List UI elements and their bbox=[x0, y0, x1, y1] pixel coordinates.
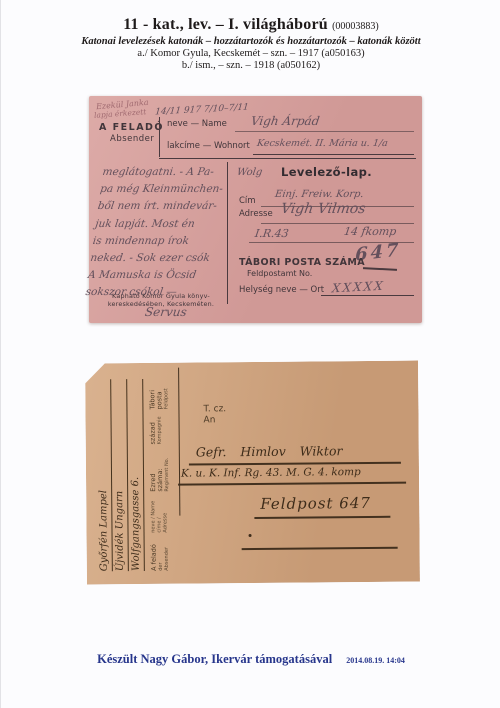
message-line: pa még Kleinmünchen- bbox=[99, 181, 233, 198]
address-field-line bbox=[253, 154, 414, 155]
fieldpost-label-de: Feldpostamt No. bbox=[247, 269, 312, 278]
feldpost-label: Feldpost bbox=[163, 373, 169, 410]
tabori-label: Tábori posta bbox=[149, 373, 163, 410]
card2-divider bbox=[178, 368, 180, 516]
address-field-hand: Kecskemét. II. Mária u. 1/a bbox=[256, 138, 388, 149]
addressee-hand: Vigh Vilmos bbox=[280, 201, 367, 217]
name-field-label: neve — Name bbox=[167, 119, 227, 129]
message-line: is mindennap írok bbox=[92, 233, 226, 250]
rank-hand: Einj. Freiw. Korp. bbox=[274, 189, 364, 200]
neve-cime-group: neve / Name címe / Adresse bbox=[150, 499, 168, 533]
addressee-hand-card2: Gefr. Himlov Wiktor bbox=[196, 443, 343, 459]
page-subtitle: Katonai levelezések katonák – hozzátarto… bbox=[1, 36, 500, 47]
unit-line-card2 bbox=[178, 482, 406, 485]
cim-label: Cím bbox=[239, 196, 256, 206]
imprint-line1: Kapható Komor Gyula könyv- bbox=[99, 292, 223, 300]
page-header: 11 - kat., lev. – I. világháború (000038… bbox=[1, 16, 500, 71]
feldpost-hand-card2: Feldpost 647 bbox=[260, 494, 371, 513]
page-title: 11 - kat., lev. – I. világháború (000038… bbox=[1, 16, 500, 34]
absender-label: der Absender bbox=[158, 540, 170, 571]
title-prefix-hand: Wolg bbox=[236, 167, 263, 178]
sender-box-divider bbox=[159, 117, 160, 157]
message-line: juk lapját. Most én bbox=[94, 216, 228, 233]
header-line-b: b./ ism., – szn. – 1918 (a050162) bbox=[1, 60, 500, 71]
place-hand: XXXXX bbox=[331, 279, 385, 296]
regiment-hand: I.R.43 bbox=[254, 227, 289, 240]
card1-title: Levelező-lap. bbox=[281, 165, 372, 179]
message-line: ből nem írt. mindevár- bbox=[96, 198, 230, 215]
sender-city-hand: Újvidék Ungarn bbox=[111, 379, 129, 571]
sender-label-hu: A FELADÓ bbox=[99, 122, 164, 133]
kompagnie-label: Kompagnie bbox=[157, 416, 163, 444]
ezred-label: Ezred száma: bbox=[150, 451, 164, 491]
tabori-group: Tábori posta Feldpost bbox=[149, 373, 169, 410]
album-page: 11 - kat., lev. – I. világháború (000038… bbox=[0, 0, 500, 708]
postcard-1917: Ezekül Janka lapja érkezett 14/11 917 7/… bbox=[89, 96, 422, 323]
signature-hand: Servus bbox=[144, 305, 188, 319]
rotated-printed-labels: A feladó der Absender neve / Name címe /… bbox=[149, 373, 171, 571]
sender-street-hand: Wolfgangsgasse 6. bbox=[127, 379, 145, 571]
feladó-label: A feladó bbox=[151, 540, 158, 571]
feldpost-line-card2 bbox=[254, 516, 390, 519]
message-line: A Mamuska is Öcsid bbox=[87, 267, 221, 284]
postcard-1918: Győrfén Lampel Újvidék Ungarn Wolfgangsg… bbox=[85, 361, 420, 585]
rotated-sender-block: Győrfén Lampel Újvidék Ungarn Wolfgangsg… bbox=[95, 373, 179, 572]
message-line: neked. - Sok ezer csók bbox=[89, 250, 223, 267]
message-line: meglátogatni. - A Pa- bbox=[101, 164, 235, 181]
ezred-group: Ezred száma: Regiment No. bbox=[150, 451, 170, 491]
header-line-a: a./ Komor Gyula, Kecskemét – szn. – 1917… bbox=[1, 48, 500, 59]
cime-label: címe / Adresse bbox=[156, 499, 168, 533]
address-field-label: lakcíme — Wohnort bbox=[167, 141, 250, 151]
szazad-group: század Kompagnie bbox=[150, 416, 163, 444]
an-label: An bbox=[204, 415, 216, 425]
name-field-hand: Vigh Árpád bbox=[250, 114, 320, 128]
sender-name-hand: Győrfén Lampel bbox=[95, 379, 113, 571]
name-field-line bbox=[235, 131, 414, 132]
ink-dot bbox=[249, 534, 252, 537]
blank-line-card2 bbox=[242, 547, 398, 550]
feladó-label-group: A feladó der Absender bbox=[151, 540, 170, 571]
adresse-label: Adresse bbox=[239, 209, 273, 219]
unit-hand-card2: K. u. K. Inf. Rg. 43. M. G. 4. komp bbox=[181, 466, 361, 480]
sender-bottom-rule bbox=[159, 158, 416, 159]
message-block: meglátogatni. - A Pa- pa még Kleinmünche… bbox=[84, 164, 235, 302]
page-title-text: 11 - kat., lev. – I. világháború bbox=[123, 16, 328, 33]
adresse-line bbox=[261, 223, 414, 224]
page-title-ref: (00003883) bbox=[332, 21, 379, 32]
credit-text: Készült Nagy Gábor, Ikervár támogatásáva… bbox=[97, 652, 332, 666]
date-note-hand: 14/11 917 7/10–7/11 bbox=[155, 103, 250, 118]
place-line bbox=[321, 295, 414, 296]
addressee-line-card2 bbox=[189, 462, 401, 465]
sender-label-de: Absender bbox=[110, 134, 154, 144]
tcz-label: T. cz. bbox=[203, 404, 226, 414]
regiment-label: Regiment No. bbox=[164, 451, 170, 491]
place-label: Helység neve — Ort bbox=[239, 285, 324, 295]
page-footer: Készült Nagy Gábor, Ikervár támogatásáva… bbox=[1, 650, 500, 668]
fieldpost-label-hu: TÁBORI POSTA SZÁMA bbox=[239, 257, 365, 268]
scan-timestamp: 2014.08.19. 14:04 bbox=[346, 656, 405, 665]
title-scribble bbox=[363, 267, 397, 271]
company-hand: 14 fkomp bbox=[343, 225, 397, 238]
